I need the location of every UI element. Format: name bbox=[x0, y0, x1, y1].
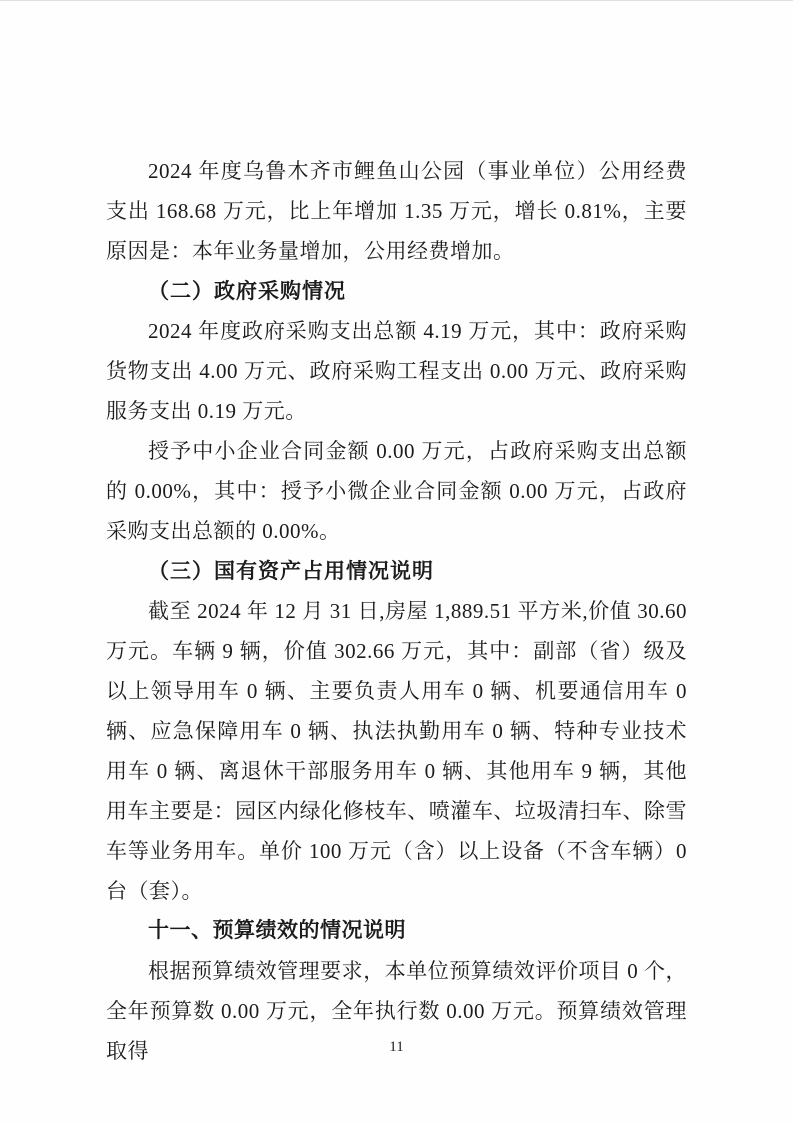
paragraph-sme-contract-amounts: 授予中小企业合同金额 0.00 万元，占政府采购支出总额的 0.00%，其中：授… bbox=[106, 431, 687, 551]
page-number: 11 bbox=[0, 1037, 793, 1057]
paragraph-procurement-total: 2024 年度政府采购支出总额 4.19 万元，其中：政府采购货物支出 4.00… bbox=[106, 311, 687, 431]
document-content: 2024 年度乌鲁木齐市鲤鱼山公园（事业单位）公用经费支出 168.68 万元，… bbox=[106, 151, 687, 1071]
heading-section-11-budget-performance: 十一、预算绩效的情况说明 bbox=[106, 911, 687, 951]
heading-section-2-government-procurement: （二）政府采购情况 bbox=[106, 271, 687, 311]
heading-section-3-state-assets: （三）国有资产占用情况说明 bbox=[106, 551, 687, 591]
document-page: 2024 年度乌鲁木齐市鲤鱼山公园（事业单位）公用经费支出 168.68 万元，… bbox=[0, 0, 793, 1123]
paragraph-state-assets-detail: 截至 2024 年 12 月 31 日,房屋 1,889.51 平方米,价值 3… bbox=[106, 591, 687, 911]
paragraph-public-expense: 2024 年度乌鲁木齐市鲤鱼山公园（事业单位）公用经费支出 168.68 万元，… bbox=[106, 151, 687, 271]
